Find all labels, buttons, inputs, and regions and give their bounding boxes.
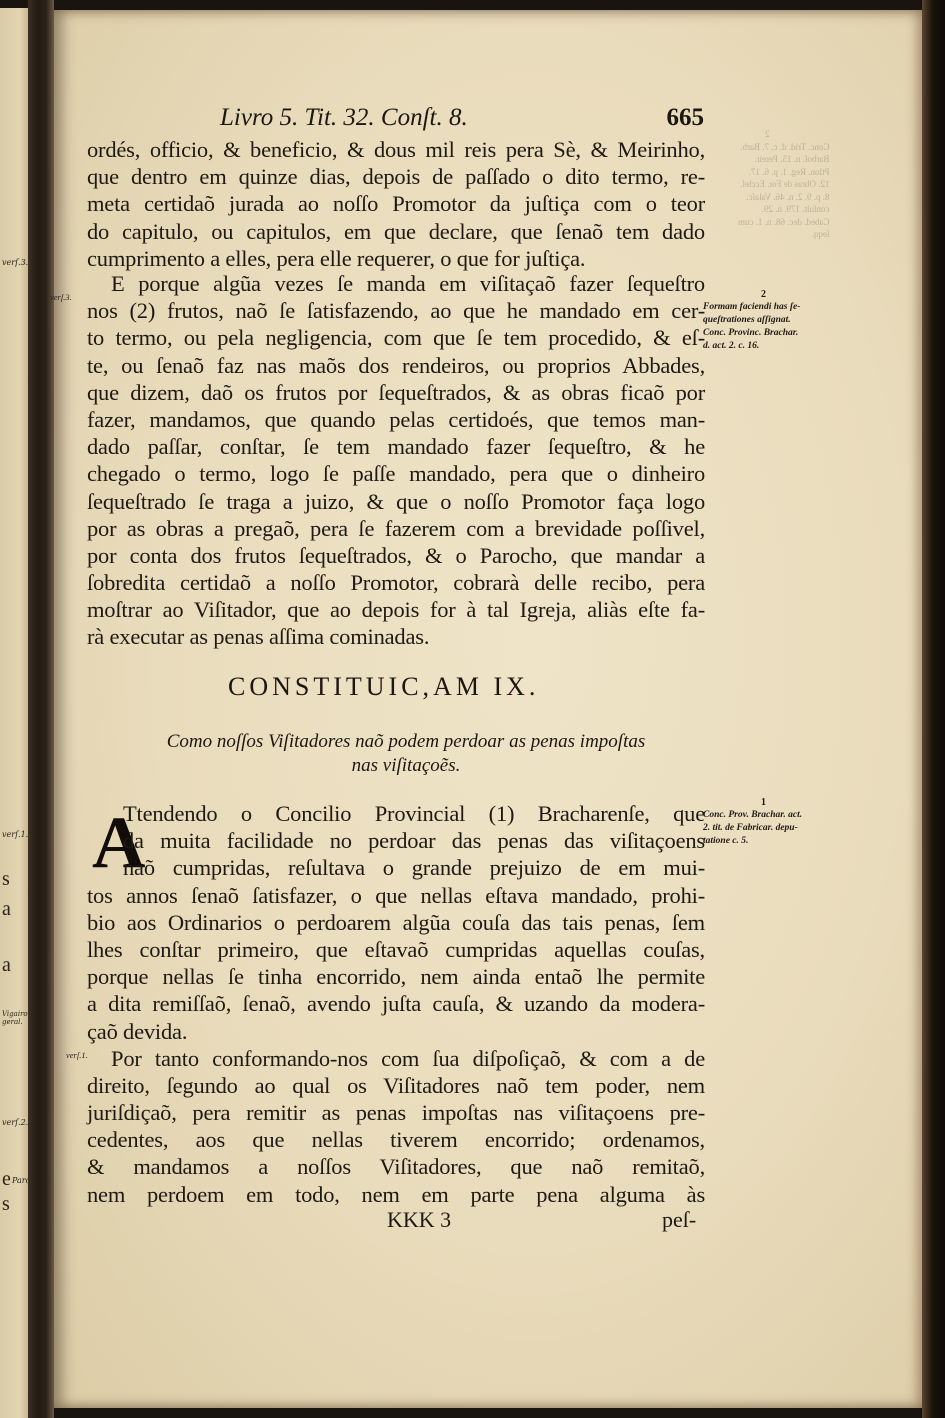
left-page-fragment: e [2, 1168, 11, 1191]
text-line: fazer, mandamos, que quando pelas certid… [87, 406, 705, 433]
text-line: dado paſſar, conſtar, ſe tem mandado faz… [87, 433, 705, 460]
signature-mark: KKK 3 [387, 1207, 451, 1233]
text-line: por as obras a pregaõ, pera ſe fazerem c… [87, 515, 705, 542]
text-line: tos annos ſenaõ ſatisfazer, o que nellas… [87, 882, 705, 909]
left-margin-note: verſ.2. [2, 1118, 28, 1127]
side-note-line: Conc. Prov. Brachar. act. [703, 809, 853, 822]
text-line: da muita facilidade no perdoar das penas… [87, 827, 705, 854]
side-note-line: d. act. 2. c. 16. [703, 340, 853, 353]
side-note-line: Formam faciendi has ſe- [703, 301, 853, 314]
text-line: nem perdoem em todo, nem em parte pena a… [87, 1181, 705, 1208]
page-edge-shadow [922, 0, 945, 1418]
text-line: juriſdiçaõ, pera remitir as penas impoſt… [87, 1099, 705, 1126]
margin-verse-ref: verſ.3. [50, 292, 72, 302]
text-line: naõ cumpridas, reſultava o grande prejui… [87, 854, 705, 881]
catchword: peſ- [662, 1207, 696, 1233]
text-line: que dizem, daõ os frutos por ſequeſtrado… [87, 379, 705, 406]
paragraph-3: Ttendendo o Concilio Provincial (1) Brac… [87, 800, 705, 1208]
text-line: ordés, officio, & beneficio, & dous mil … [87, 136, 705, 163]
text-line: chegado o termo, logo ſe paſſe mandado, … [87, 460, 705, 487]
left-margin-note: verſ.3. [2, 258, 28, 267]
text-line: porque nellas ſe tinha encorrido, nem ai… [87, 963, 705, 990]
side-note-number: 1 [703, 796, 853, 809]
text-line: direito, ſegundo ao qual os Viſitadores … [87, 1072, 705, 1099]
text-line: lhes conſtar primeiro, que eſtavaõ cumpr… [87, 936, 705, 963]
left-page-fragment: a [2, 954, 11, 977]
side-note-line: tatione c. 5. [703, 835, 853, 848]
text-line: te, ou ſenaõ faz nas maõs dos rendeiros,… [87, 352, 705, 379]
bleed-through-note: 2 Conc. Trid. d. c. 7. Barb. Barboſ. n. … [738, 128, 829, 241]
text-line: por conta dos frutos ſequeſtrados, & o P… [87, 542, 705, 569]
left-margin-note: verſ.1. [2, 830, 28, 839]
paragraph-1: ordés, officio, & beneficio, & dous mil … [87, 136, 705, 272]
side-note-number: 2 [703, 288, 853, 301]
left-margin-note: Vigairo geral. [2, 1010, 26, 1026]
side-note-1: 1 Conc. Prov. Brachar. act. 2. tit. de F… [703, 796, 853, 848]
text-line: ſobredita certidaõ a noſſo Promotor, cob… [87, 569, 705, 596]
text-line: ſequeſtrado ſe traga a juizo, & que o no… [87, 488, 705, 515]
constitution-subheading: Como noſſos Viſitadores naõ podem perdoa… [126, 730, 686, 778]
text-line: meta certidaõ jurada ao noſſo Promotor d… [87, 190, 705, 217]
side-note-line: Conc. Provinc. Brachar. [703, 327, 853, 340]
side-note-line: 2. tit. de Fabricar. depu- [703, 822, 853, 835]
book-gutter [28, 0, 54, 1418]
side-note-2: 2 Formam faciendi has ſe- queſtrationes … [703, 288, 853, 353]
left-page-fragment: a [2, 898, 11, 921]
text-line: a dita remiſſaõ, ſenaõ, avendo juſta cau… [87, 990, 705, 1017]
text-line: Ttendendo o Concilio Provincial (1) Brac… [87, 800, 705, 827]
paragraph-2: E porque algũa vezes ſe manda em viſitaç… [87, 270, 705, 651]
text-line: to termo, ou pela negligencia, com que ſ… [87, 324, 705, 351]
text-line: rà executar as penas aſſima cominadas. [87, 623, 705, 650]
text-line: que dentro em quinze dias, depois de paſ… [87, 163, 705, 190]
left-page-fragment: s [2, 1193, 10, 1216]
page-number: 665 [667, 104, 705, 132]
text-line: nos (2) frutos, naõ ſe ſatisfazendo, ao … [87, 297, 705, 324]
side-note-line: queſtrationes aſſignat. [703, 314, 853, 327]
text-line: çaõ devida. [87, 1018, 705, 1045]
text-line: Por tanto conformando-nos com ſua diſpoſ… [87, 1045, 705, 1072]
text-line: bio aos Ordinarios o perdoarem algũa cou… [87, 909, 705, 936]
text-line: cumprimento a elles, pera elle requerer,… [87, 245, 705, 272]
running-head-title: Livro 5. Tit. 32. Conſt. 8. [220, 104, 468, 132]
margin-verse-ref: verſ.1. [66, 1050, 88, 1060]
text-line: cedentes, aos que nellas tiverem encorri… [87, 1126, 705, 1153]
left-margin-note: Parocho [12, 1176, 28, 1185]
text-line: moſtrar ao Viſitador, que ao depois for … [87, 596, 705, 623]
text-line: do capitulo, ou capitulos, em que declar… [87, 218, 705, 245]
facing-page-edge: verſ.3. verſ.1. s a a Vigairo geral. ver… [0, 8, 28, 1418]
constitution-heading: CONSTITUIC,AM IX. [228, 672, 539, 702]
text-line: & mandamos a noſſos Viſitadores, que naõ… [87, 1153, 705, 1180]
running-head: Livro 5. Tit. 32. Conſt. 8. 665 [220, 104, 700, 138]
text-line: E porque algũa vezes ſe manda em viſitaç… [87, 270, 705, 297]
left-page-fragment: s [2, 868, 10, 891]
